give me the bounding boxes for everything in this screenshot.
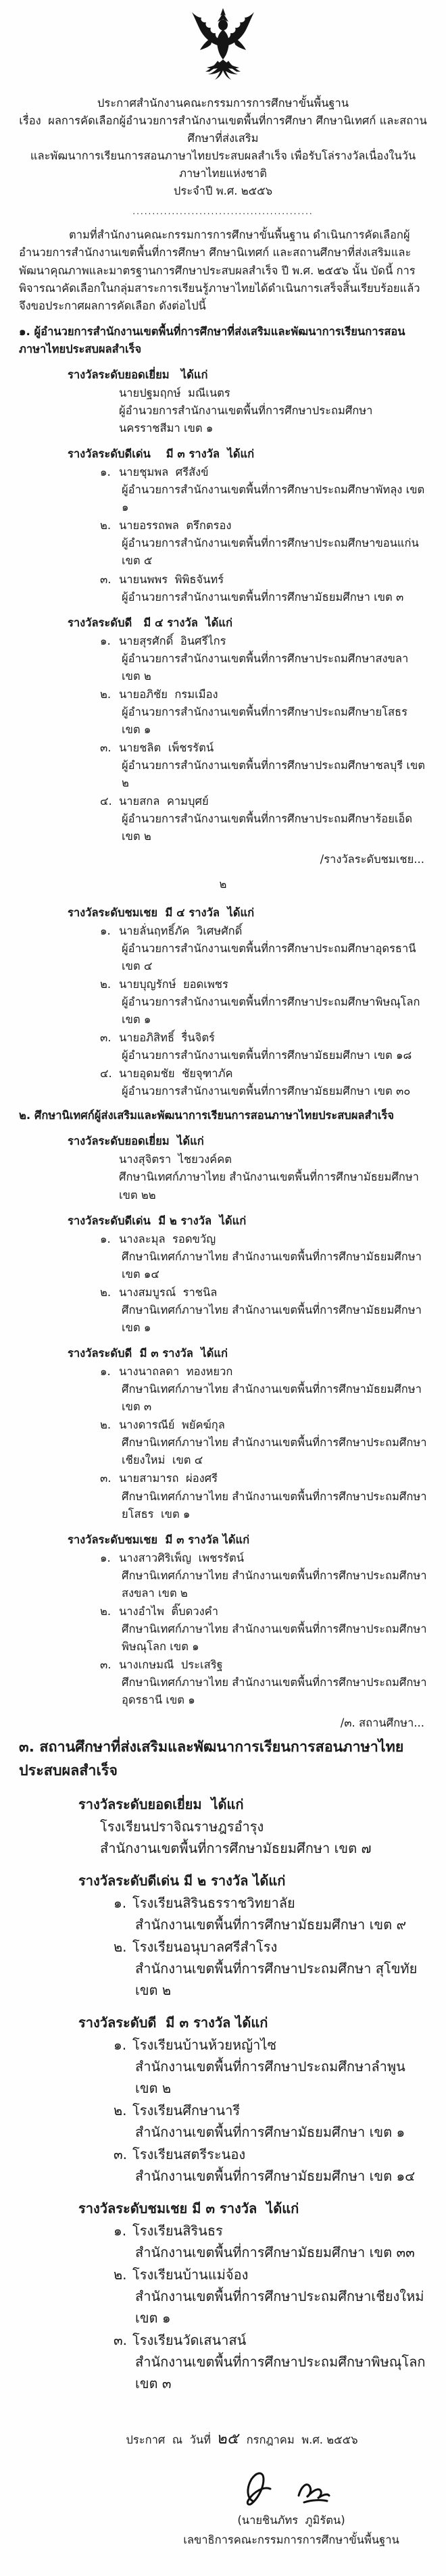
section-3-heading: ๓. สถานศึกษาที่ส่งเสริมและพัฒนาการเรียนก… [19,1736,427,1783]
school-name: โรงเรียนบ้านแม่จ้อง [132,2264,248,2285]
awardee-entry: นางสุจิตรา ไชยวงค์คต ศึกษานิเทศก์ภาษาไทย… [19,1151,427,1204]
entry-number: ๒. [100,1603,119,1620]
catchword-next-section: /๓. สถานศึกษา... [19,1714,427,1732]
award-group-excellent: รางวัลระดับยอดเยี่ยม ได้แก่ โรงเรียนปราจ… [19,1793,427,1859]
awardee-entry: ๑.นางสาวศิริเพ็ญ เพชรรัตน์ ศึกษานิเทศก์ภ… [19,1550,427,1602]
award-group-good: รางวัลระดับดี มี ๔ รางวัล ได้แก่ ๑.นายสุ… [19,614,427,846]
signature-handwritten-icon [180,2466,403,2509]
entry-number: ๓. [100,1656,119,1674]
awardee-entry: ๒.โรงเรียนอนุบาลศรีสำโรง สำนักงานเขตพื้น… [19,1936,427,2001]
awardee-position: ผู้อำนวยการสำนักงานเขตพื้นที่การศึกษาประ… [122,703,427,739]
subject-line-3: ประจำปี พ.ศ. ๒๕๕๖ [19,182,427,200]
awardee-entry: ๑.โรงเรียนสิรินธรราชวิทยาลัย สำนักงานเขต… [19,1892,427,1935]
date-prefix: ประกาศ ณ วันที่ [126,2431,211,2449]
entry-number: ๒. [100,686,119,703]
entry-number: ๑. [100,633,119,650]
school-name: โรงเรียนศึกษานารี [132,2100,240,2121]
section-3: ๓. สถานศึกษาที่ส่งเสริมและพัฒนาการเรียนก… [19,1736,427,2394]
awardee-entry: ๒.นายบุญรักษ์ ยอดเพชร ผู้อำนวยการสำนักงา… [19,976,427,1029]
awardee-position: ผู้อำนวยการสำนักงานเขตพื้นที่การศึกษาประ… [122,481,427,516]
award-group-good: รางวัลระดับดี มี ๓ รางวัล ได้แก่ ๑.โรงเร… [19,2012,427,2187]
footer: ประกาศ ณ วันที่ ๒๕ กรกฎาคม พ.ศ. ๒๕๕๖ (นา… [19,2427,427,2548]
section-2-heading: ๒. ศึกษานิเทศก์ผู้ส่งเสริมและพัฒนาการเรี… [19,1107,427,1124]
awardee-entry: ๒.นางสมบูรณ์ ราชนิล ศึกษานิเทศก์ภาษาไทย … [19,1284,427,1337]
awardee-entry: ๒.โรงเรียนศึกษานารี สำนักงานเขตพื้นที่กา… [19,2100,427,2143]
awardee-name: นายอภิชัย กรมเมือง [119,686,218,703]
awardee-entry: ๑.นายชุมพล ศรีสังข์ ผู้อำนวยการสำนักงานเ… [19,464,427,516]
entry-number: ๒. [114,2100,132,2121]
school-name: โรงเรียนสิรินธร [132,2220,223,2241]
awardee-entry: ๒.นายอภิชัย กรมเมือง ผู้อำนวยการสำนักงาน… [19,686,427,739]
school-district: สำนักงานเขตพื้นที่การศึกษามัธยมศึกษา เขต… [135,2241,427,2263]
announcement-date-line: ประกาศ ณ วันที่ ๒๕ กรกฎาคม พ.ศ. ๒๕๕๖ [19,2427,427,2451]
awardee-position: ผู้อำนวยการสำนักงานเขตพื้นที่การศึกษามัธ… [122,589,427,606]
school-name: โรงเรียนสตรีระนอง [132,2144,245,2165]
awardee-entry: ๒.นางอำไพ ติ๊บดวงคำ ศึกษานิเทศก์ภาษาไทย … [19,1603,427,1656]
signer-title: เลขาธิการคณะกรรมการการศึกษาขั้นพื้นฐาน [180,2531,403,2549]
award-level-label: รางวัลระดับดีเด่น มี ๒ รางวัล ได้แก่ [68,1212,427,1230]
awardee-position: ศึกษานิเทศก์ภาษาไทย สำนักงานเขตพื้นที่กา… [122,1434,427,1469]
award-level-label: รางวัลระดับดีเด่น มี ๒ รางวัล ได้แก่ [78,1870,427,1891]
emblem-container [19,7,427,88]
entry-number: ๓. [100,571,119,589]
awardee-name: นายชลิต เพ็ชรรัตน์ [119,739,214,757]
entry-number: ๓. [100,1470,119,1487]
award-level-label: รางวัลระดับดี มี ๓ รางวัล ได้แก่ [68,1345,427,1362]
awardee-entry: ๓.นายอภิสิทธิ์ รื่นจิตร์ ผู้อำนวยการสำนั… [19,1029,427,1064]
awardee-name: นายสามารถ ผ่องศรี [119,1470,218,1487]
award-group-honorable: รางวัลระดับชมเชย มี ๓ รางวัล ได้แก่ ๑.นา… [19,1531,427,1710]
awardee-position: ผู้อำนวยการสำนักงานเขตพื้นที่การศึกษามัธ… [122,1083,427,1100]
dotted-divider: ........................................… [19,205,427,218]
awardee-entry: ๒.โรงเรียนบ้านแม่จ้อง สำนักงานเขตพื้นที่… [19,2264,427,2329]
awardee-entry: ๒.นางดารณีย์ พยัคฆ์กุล ศึกษานิเทศก์ภาษาไ… [19,1416,427,1469]
awardee-entry: ๓.นายชลิต เพ็ชรรัตน์ ผู้อำนวยการสำนักงาน… [19,739,427,792]
awardee-entry: ๓.โรงเรียนวัดเสนาสน์ สำนักงานเขตพื้นที่ก… [19,2329,427,2394]
awardee-position: ศึกษานิเทศก์ภาษาไทย สำนักงานเขตพื้นที่กา… [119,1168,427,1204]
awardee-entry: โรงเรียนปราจิณราษฎรอำรุง สำนักงานเขตพื้น… [19,1816,427,1859]
award-level-label: รางวัลระดับดีเด่น มี ๓ รางวัล ได้แก่ [68,445,427,463]
awardee-position: ศึกษานิเทศก์ภาษาไทย สำนักงานเขตพื้นที่กา… [122,1674,427,1709]
award-level-label: รางวัลระดับชมเชย มี ๓ รางวัล ได้แก่ [68,1531,427,1549]
date-suffix: กรกฎาคม พ.ศ. ๒๕๕๖ [247,2431,358,2449]
award-group-honorable: รางวัลระดับชมเชย มี ๓ รางวัล ได้แก่ ๑.โร… [19,2198,427,2394]
awardee-position: ผู้อำนวยการสำนักงานเขตพื้นที่การศึกษาประ… [122,993,427,1029]
awardee-name: นายลั่นฤทธิ์ภัค วิเศษศักดิ์ [119,922,242,940]
entry-number: ๑. [114,2220,132,2241]
entry-number: ๑. [114,1892,132,1914]
award-level-label: รางวัลระดับยอดเยี่ยม ได้แก่ [78,1793,427,1815]
entry-number: ๒. [100,976,119,993]
awardee-entry: ๔.นายสกล คามบุศย์ ผู้อำนวยการสำนักงานเขต… [19,793,427,845]
awardee-position: ผู้อำนวยการสำนักงานเขตพื้นที่การศึกษาประ… [122,757,427,792]
awardee-position: ผู้อำนวยการสำนักงานเขตพื้นที่การศึกษาประ… [122,940,427,975]
awardee-position: ศึกษานิเทศก์ภาษาไทย สำนักงานเขตพื้นที่กา… [122,1488,427,1523]
awardee-name: นางสมบูรณ์ ราชนิล [119,1284,217,1302]
awardee-entry: ๒.นายอรรถพล ตรึกตรอง ผู้อำนวยการสำนักงาน… [19,517,427,570]
catchword-next-page: /รางวัลระดับชมเชย... [19,851,427,868]
awardee-entry: ๑.โรงเรียนสิรินธร สำนักงานเขตพื้นที่การศ… [19,2220,427,2263]
awardee-entry: ๑.นางนาถลดา ทองหยวก ศึกษานิเทศก์ภาษาไทย … [19,1363,427,1416]
awardee-position: ศึกษานิเทศก์ภาษาไทย สำนักงานเขตพื้นที่กา… [122,1567,427,1602]
awardee-entry: ๓.นายสามารถ ผ่องศรี ศึกษานิเทศก์ภาษาไทย … [19,1470,427,1522]
subject-line-1: เรื่อง ผลการคัดเลือกผู้อำนวยการสำนักงานเ… [19,112,427,147]
awardee-name: นายอภิสิทธิ์ รื่นจิตร์ [119,1029,215,1047]
section-1-heading: ๑. ผู้อำนวยการสำนักงานเขตพื้นที่การศึกษา… [19,323,427,358]
entry-number: ๑. [114,2034,132,2056]
school-district: สำนักงานเขตพื้นที่การศึกษาประถมศึกษาเชีย… [135,2285,427,2329]
award-group-outstanding: รางวัลระดับดีเด่น มี ๒ รางวัล ได้แก่ ๑.น… [19,1212,427,1337]
awardee-name: นางละมุล รอดขวัญ [119,1231,216,1248]
awardee-name: นางอำไพ ติ๊บดวงคำ [119,1603,218,1620]
awardee-name: นายปฐมฤกษ์ มณีเนตร [119,385,230,402]
awardee-entry: ๓.นางเกษมณี ประเสริฐ ศึกษานิเทศก์ภาษาไทย… [19,1656,427,1709]
entry-number: ๒. [100,1416,119,1434]
awardee-entry: ๓.นายนพพร พิพิธจันทร์ ผู้อำนวยการสำนักงา… [19,571,427,606]
entry-number: ๔. [100,793,119,810]
school-district: สำนักงานเขตพื้นที่การศึกษามัธยมศึกษา เขต… [100,1837,427,1859]
awardee-position: ผู้อำนวยการสำนักงานเขตพื้นที่การศึกษาประ… [122,535,427,570]
awardee-position: ผู้อำนวยการสำนักงานเขตพื้นที่การศึกษาประ… [122,650,427,685]
entry-number: ๑. [100,1550,119,1567]
awardee-entry: ๑.โรงเรียนบ้านห้วยหญ้าไซ สำนักงานเขตพื้น… [19,2034,427,2099]
signer-name: (นายชินภัทร ภูมิรัตน) [180,2512,403,2529]
intro-paragraph: ตามที่สำนักงานคณะกรรมการการศึกษาขั้นพื้น… [19,226,427,314]
awardee-entry: ๑.นายสุรศักดิ์ อินศรีไกร ผู้อำนวยการสำนั… [19,633,427,685]
awardee-position: ศึกษานิเทศก์ภาษาไทย สำนักงานเขตพื้นที่กา… [122,1381,427,1416]
awardee-entry: ๑.นายลั่นฤทธิ์ภัค วิเศษศักดิ์ ผู้อำนวยกา… [19,922,427,975]
subject-line-2: และพัฒนาการเรียนการสอนภาษาไทยประสบผลสำเร… [19,147,427,182]
awardee-name: นางดารณีย์ พยัคฆ์กุล [119,1416,225,1434]
award-level-label: รางวัลระดับดี มี ๔ รางวัล ได้แก่ [68,614,427,632]
signature-block: (นายชินภัทร ภูมิรัตน) เลขาธิการคณะกรรมกา… [180,2466,403,2548]
awardee-name: นายบุญรักษ์ ยอดเพชร [119,976,228,993]
entry-number: ๒. [114,1936,132,1958]
school-district: สำนักงานเขตพื้นที่การศึกษามัธยมศึกษา เขต… [135,2121,427,2143]
entry-number: ๓. [114,2144,132,2165]
entry-number: ๔. [100,1065,119,1083]
awardee-position: ผู้อำนวยการสำนักงานเขตพื้นที่การศึกษามัธ… [122,1047,427,1064]
garuda-emblem-icon [187,7,259,88]
awardee-name: นายสุรศักดิ์ อินศรีไกร [119,633,226,650]
handwritten-day: ๒๕ [216,2427,241,2451]
award-group-outstanding: รางวัลระดับดีเด่น มี ๒ รางวัล ได้แก่ ๑.โ… [19,1870,427,2001]
award-level-label: รางวัลระดับยอดเยี่ยม ได้แก่ [68,1133,427,1150]
awardee-name: นายอุดมชัย ชัยจุฑาภัค [119,1065,232,1083]
awardee-entry: ๓.โรงเรียนสตรีระนอง สำนักงานเขตพื้นที่กา… [19,2144,427,2187]
school-name: โรงเรียนสิรินธรราชวิทยาลัย [132,1892,295,1914]
school-name: โรงเรียนอนุบาลศรีสำโรง [132,1936,277,1958]
entry-number: ๑. [100,1363,119,1381]
awardee-name: นางนาถลดา ทองหยวก [119,1363,232,1381]
awardee-position: ศึกษานิเทศก์ภาษาไทย สำนักงานเขตพื้นที่กา… [122,1620,427,1656]
school-name: โรงเรียนบ้านห้วยหญ้าไซ [132,2034,276,2056]
awardee-entry: นายปฐมฤกษ์ มณีเนตร ผู้อำนวยการสำนักงานเข… [19,385,427,437]
school-district: สำนักงานเขตพื้นที่การศึกษามัธยมศึกษา เขต… [135,1914,427,1935]
entry-number: ๓. [100,739,119,757]
awardee-position: ศึกษานิเทศก์ภาษาไทย สำนักงานเขตพื้นที่กา… [122,1248,427,1283]
entry-number: ๒. [114,2264,132,2285]
award-group-outstanding: รางวัลระดับดีเด่น มี ๓ รางวัล ได้แก่ ๑.น… [19,445,427,606]
awardee-name: นางสุจิตรา ไชยวงค์คต [119,1151,232,1168]
entry-number: ๒. [100,1284,119,1302]
awardee-position: ศึกษานิเทศก์ภาษาไทย สำนักงานเขตพื้นที่กา… [122,1302,427,1337]
school-district: สำนักงานเขตพื้นที่การศึกษามัธยมศึกษา เขต… [135,2165,427,2187]
entry-number: ๓. [100,1029,119,1047]
announcement-document: ประกาศสำนักงานคณะกรรมการการศึกษาขั้นพื้น… [0,0,446,2576]
awardee-name: นางเกษมณี ประเสริฐ [119,1656,223,1674]
entry-number: ๓. [114,2329,132,2351]
entry-number: ๑. [100,922,119,940]
entry-number: ๒. [100,517,119,535]
page-number-2: ๒ [19,876,427,893]
award-group-honorable: รางวัลระดับชมเชย มี ๔ รางวัล ได้แก่ ๑.นา… [19,904,427,1101]
award-group-excellent: รางวัลระดับยอดเยี่ยม ได้แก่ นางสุจิตรา ไ… [19,1133,427,1204]
awardee-name: นางสาวศิริเพ็ญ เพชรรัตน์ [119,1550,244,1567]
awardee-position: ผู้อำนวยการสำนักงานเขตพื้นที่การศึกษาประ… [119,402,427,437]
school-district: สำนักงานเขตพื้นที่การศึกษาประถมศึกษาลำพู… [135,2056,427,2099]
school-name: โรงเรียนวัดเสนาสน์ [132,2329,246,2351]
award-group-good: รางวัลระดับดี มี ๓ รางวัล ได้แก่ ๑.นางนา… [19,1345,427,1523]
awardee-name: นายอรรถพล ตรึกตรอง [119,517,231,535]
awardee-position: ผู้อำนวยการสำนักงานเขตพื้นที่การศึกษาประ… [122,810,427,845]
awardee-entry: ๑.นางละมุล รอดขวัญ ศึกษานิเทศก์ภาษาไทย ส… [19,1231,427,1283]
award-level-label: รางวัลระดับดี มี ๓ รางวัล ได้แก่ [78,2012,427,2033]
school-name: โรงเรียนปราจิณราษฎรอำรุง [100,1816,264,1837]
awardee-entry: ๔.นายอุดมชัย ชัยจุฑาภัค ผู้อำนวยการสำนัก… [19,1065,427,1100]
awardee-name: นายชุมพล ศรีสังข์ [119,464,209,481]
entry-number: ๑. [100,464,119,481]
entry-number: ๑. [100,1231,119,1248]
document-title: ประกาศสำนักงานคณะกรรมการการศึกษาขั้นพื้น… [19,95,427,112]
award-group-excellent: รางวัลระดับยอดเยี่ยม ได้แก่ นายปฐมฤกษ์ ม… [19,366,427,437]
award-level-label: รางวัลระดับชมเชย มี ๓ รางวัล ได้แก่ [78,2198,427,2219]
awardee-name: นายสกล คามบุศย์ [119,793,209,810]
award-level-label: รางวัลระดับยอดเยี่ยม ได้แก่ [68,366,427,384]
award-level-label: รางวัลระดับชมเชย มี ๔ รางวัล ได้แก่ [68,904,427,922]
school-district: สำนักงานเขตพื้นที่การศึกษาประถมศึกษาพิษณ… [135,2351,427,2394]
awardee-name: นายนพพร พิพิธจันทร์ [119,571,224,589]
school-district: สำนักงานเขตพื้นที่การศึกษาประถมศึกษา สุโ… [135,1958,427,2001]
